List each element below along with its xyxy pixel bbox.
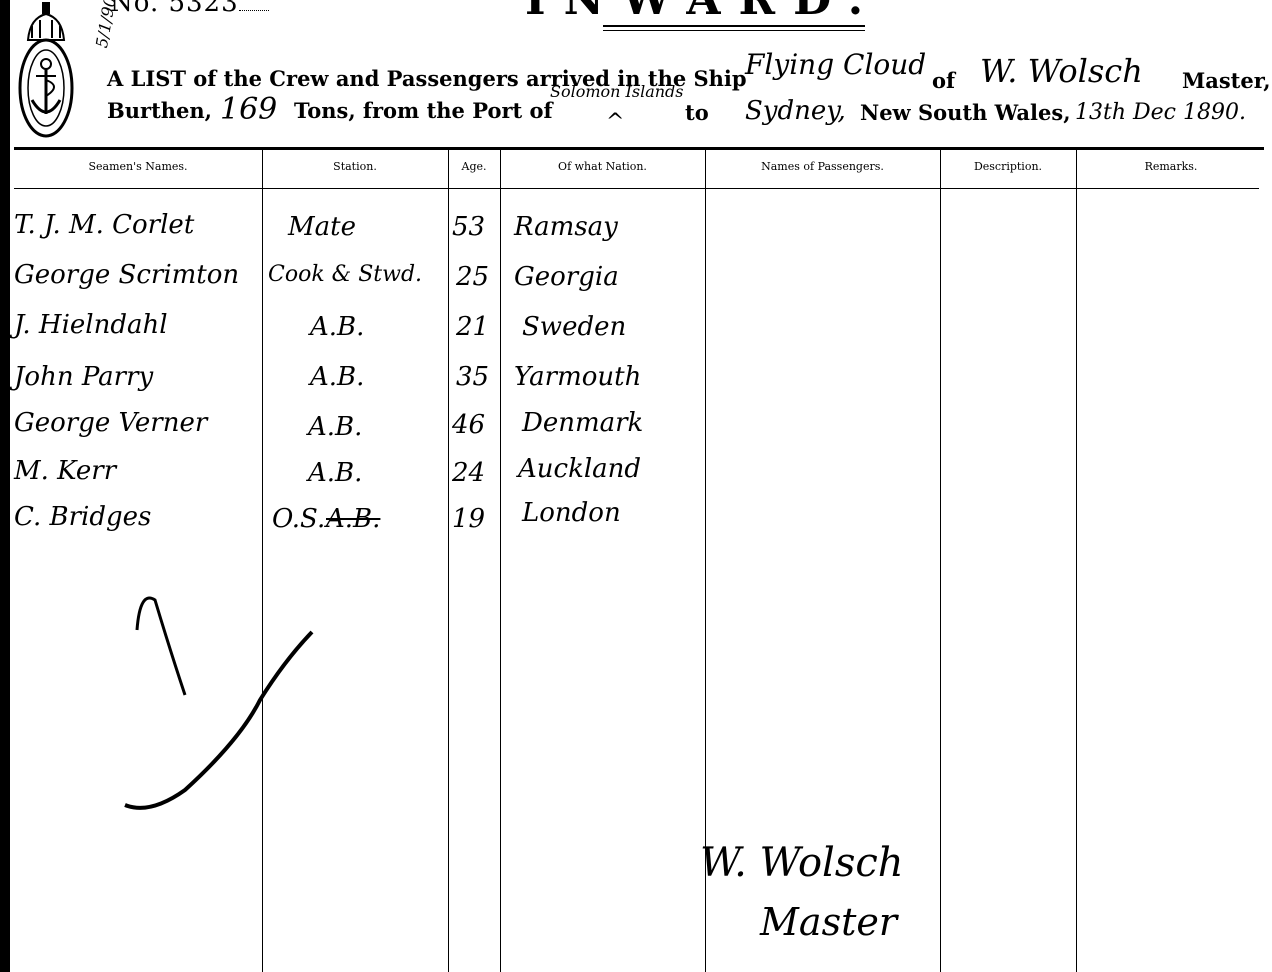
closing-pen-stroke-icon: [0, 0, 1272, 972]
master-signature-title: Master: [760, 900, 897, 944]
master-signature: W. Wolsch: [700, 840, 904, 886]
